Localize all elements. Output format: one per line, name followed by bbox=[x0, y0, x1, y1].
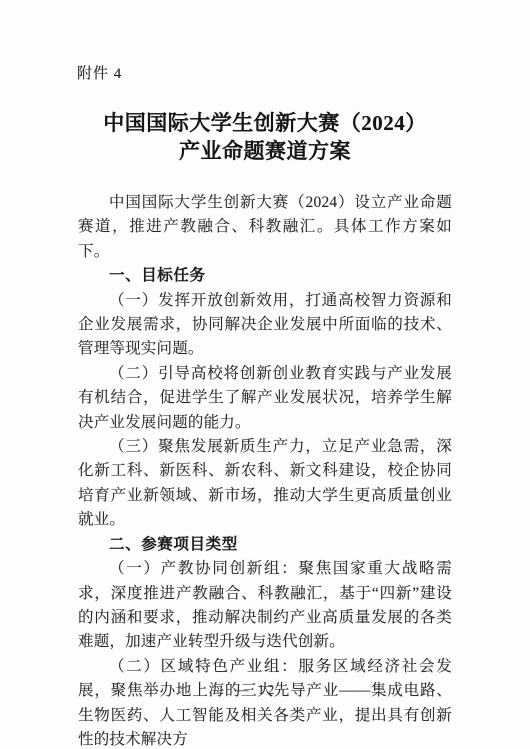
document-page: 附件 4 中国国际大学生创新大赛（2024） 产业命题赛道方案 中国国际大学生创… bbox=[0, 0, 530, 749]
document-title: 中国国际大学生创新大赛（2024） 产业命题赛道方案 bbox=[0, 109, 530, 165]
document-body: 中国国际大学生创新大赛（2024）设立产业命题赛道，推进产教融合、科教融汇。具体… bbox=[78, 191, 452, 749]
attachment-label: 附件 4 bbox=[77, 66, 530, 83]
body-paragraph: （三）聚焦发展新质生产力，立足产业急需，深化新工科、新医科、新农科、新文科建设，… bbox=[78, 435, 452, 533]
body-paragraph: （一）产教协同创新组：聚焦国家重大战略需求，深度推进产教融合、科教融汇，基于“四… bbox=[78, 557, 452, 655]
body-paragraph: 中国国际大学生创新大赛（2024）设立产业命题赛道，推进产教融合、科教融汇。具体… bbox=[78, 191, 452, 264]
page-number: — 12 bbox=[0, 682, 521, 698]
section-heading: 一、目标任务 bbox=[78, 264, 452, 288]
section-heading: 二、参赛项目类型 bbox=[78, 533, 452, 557]
body-paragraph: （一）发挥开放创新效用，打通高校智力资源和企业发展需求，协同解决企业发展中所面临… bbox=[78, 289, 452, 362]
body-paragraph: （二）引导高校将创新创业教育实践与产业发展有机结合，促进学生了解产业发展状况，培… bbox=[78, 362, 452, 435]
title-line-2: 产业命题赛道方案 bbox=[0, 137, 530, 165]
title-line-1: 中国国际大学生创新大赛（2024） bbox=[0, 109, 530, 137]
body-paragraph: （二）区域特色产业组：服务区域经济社会发展，聚焦举办地上海的三大先导产业——集成… bbox=[78, 655, 452, 749]
